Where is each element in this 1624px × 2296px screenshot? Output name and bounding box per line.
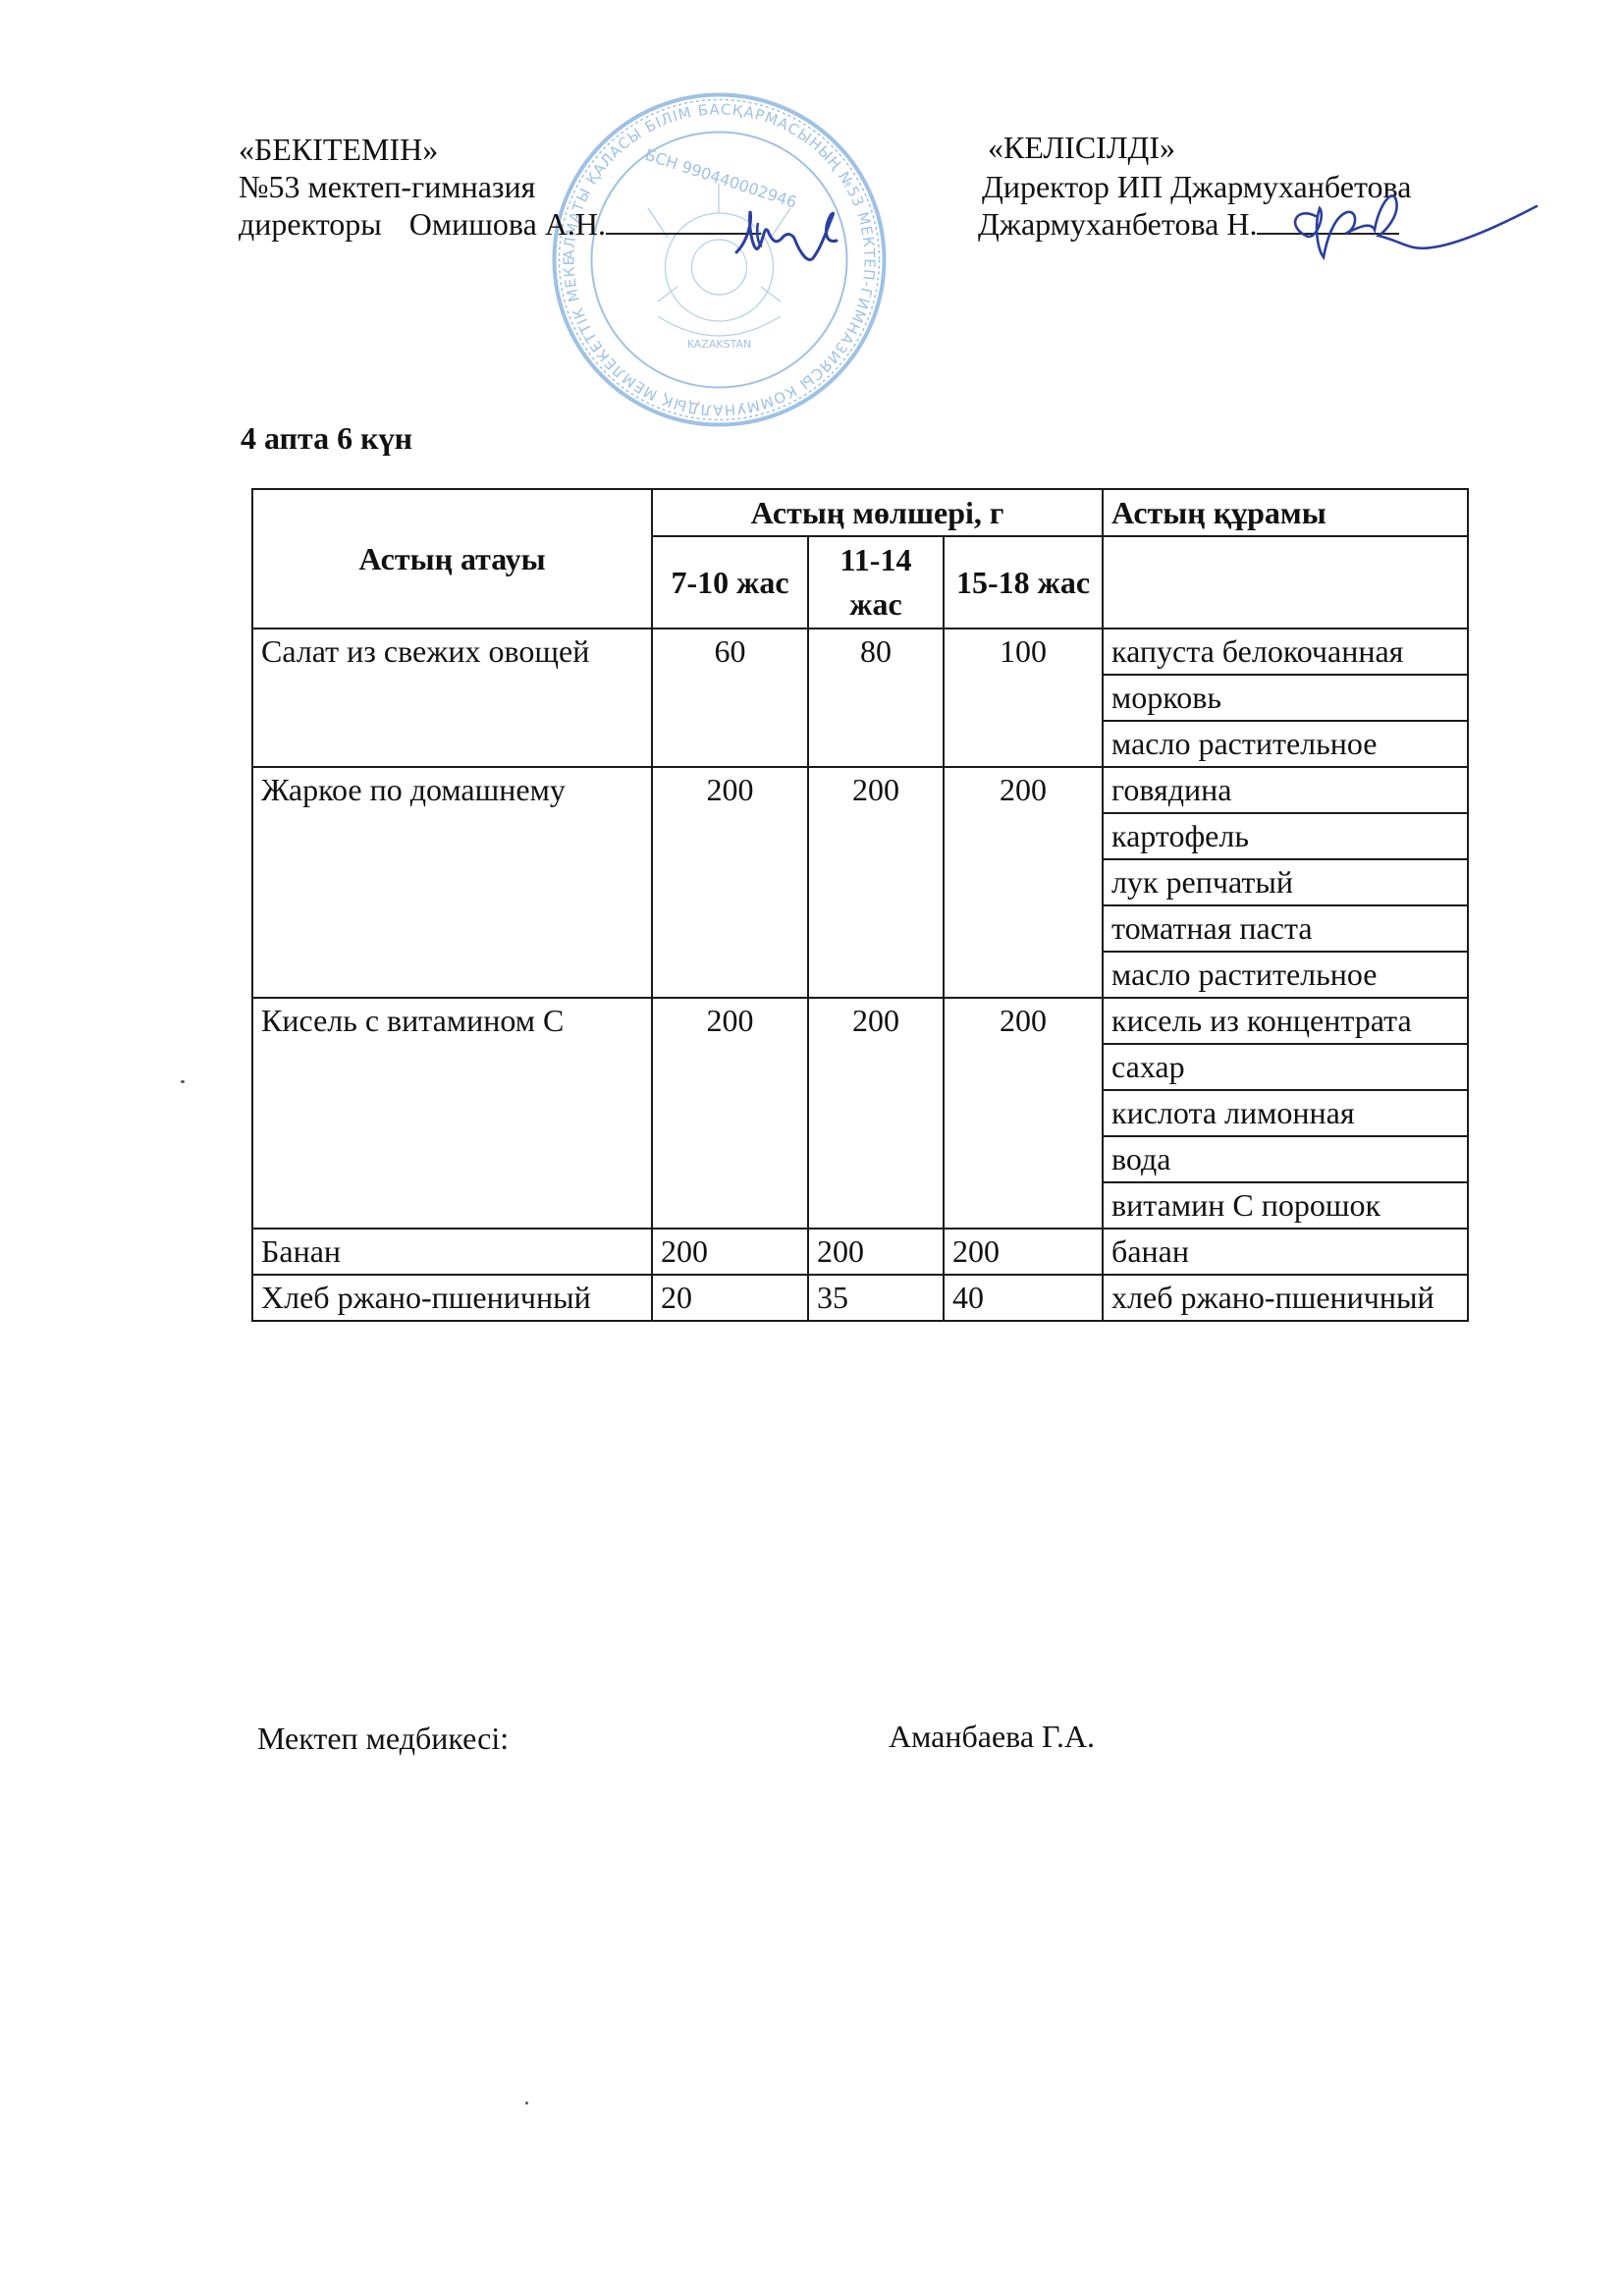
menu-table: Астың атауы Астың мөлшері, г Астың құрам…: [251, 488, 1469, 1322]
scan-artifact: [181, 1080, 185, 1083]
portion-15-18: 200: [944, 767, 1103, 998]
ingredient: масло растительное: [1103, 721, 1468, 767]
stamp-center-text: KAZAKSTAN: [687, 338, 751, 351]
portion-7-10: 200: [652, 767, 808, 998]
header-portion: Астың мөлшері, г: [652, 489, 1103, 536]
ingredient: кислота лимонная: [1103, 1090, 1468, 1136]
nurse-label: Мектеп медбикесі:: [257, 1721, 509, 1757]
dish-name: Жаркое по домашнему: [252, 767, 652, 998]
approval-right-name: Джармуханбетова Н.: [978, 206, 1257, 242]
portion-7-10: 20: [652, 1275, 808, 1321]
ingredient: сахар: [1103, 1044, 1468, 1090]
approval-left-name: Омишова А.Н.: [409, 206, 606, 242]
portion-15-18: 200: [944, 998, 1103, 1229]
ingredient: банан: [1103, 1229, 1468, 1275]
ingredient: томатная паста: [1103, 905, 1468, 952]
scan-artifact: [525, 2102, 528, 2105]
dish-name: Салат из свежих овощей: [252, 629, 652, 767]
dish-name: Хлеб ржано-пшеничный: [252, 1275, 652, 1321]
approval-right-title: «КЕЛІСІЛДІ»: [988, 129, 1175, 166]
dish-name: Банан: [252, 1229, 652, 1275]
ingredient: кисель из концентрата: [1103, 998, 1468, 1044]
portion-15-18: 200: [944, 1229, 1103, 1275]
ingredient: витамин С порошок: [1103, 1182, 1468, 1229]
ingredient: картофель: [1103, 813, 1468, 859]
header-composition: Астың құрамы: [1103, 489, 1468, 536]
ingredient: морковь: [1103, 675, 1468, 721]
nurse-name: Аманбаева Г.А.: [889, 1719, 1095, 1755]
table-row: Хлеб ржано-пшеничный 20 35 40 хлеб ржано…: [252, 1275, 1468, 1321]
approval-left-role: директоры: [239, 206, 382, 242]
ingredient: масло растительное: [1103, 952, 1468, 998]
ingredient: хлеб ржано-пшеничный: [1103, 1275, 1468, 1321]
portion-7-10: 200: [652, 1229, 808, 1275]
header-age-15-18: 15-18 жас: [944, 536, 1103, 629]
portion-11-14: 80: [808, 629, 944, 767]
header-dish-name: Астың атауы: [252, 489, 652, 629]
signature-left-icon: [729, 201, 846, 270]
portion-7-10: 200: [652, 998, 808, 1229]
dish-name: Кисель с витамином С: [252, 998, 652, 1229]
table-row: Жаркое по домашнему 200 200 200 говядина: [252, 767, 1468, 813]
ingredient: лук репчатый: [1103, 859, 1468, 905]
approval-left-signatory: директорыОмишова А.Н.: [239, 205, 761, 243]
table-row: Салат из свежих овощей 60 80 100 капуста…: [252, 629, 1468, 675]
portion-7-10: 60: [652, 629, 808, 767]
portion-11-14: 200: [808, 1229, 944, 1275]
portion-11-14: 200: [808, 998, 944, 1229]
portion-15-18: 40: [944, 1275, 1103, 1321]
portion-15-18: 100: [944, 629, 1103, 767]
ingredient: капуста белокочанная: [1103, 629, 1468, 675]
header-age-11-14: 11-14 жас: [808, 536, 944, 629]
ingredient: вода: [1103, 1136, 1468, 1182]
ingredient: говядина: [1103, 767, 1468, 813]
portion-11-14: 200: [808, 767, 944, 998]
table-row: Банан 200 200 200 банан: [252, 1229, 1468, 1275]
signature-right-icon: [1276, 187, 1551, 265]
portion-11-14: 35: [808, 1275, 944, 1321]
approval-left-title: «БЕКІТЕМІН»: [239, 131, 438, 168]
header-age-7-10: 7-10 жас: [652, 536, 808, 629]
week-day-label: 4 апта 6 күн: [241, 420, 412, 457]
table-row: Кисель с витамином С 200 200 200 кисель …: [252, 998, 1468, 1044]
approval-left-school: №53 мектеп-гимназия: [239, 168, 535, 205]
header-composition-blank: [1103, 536, 1468, 629]
